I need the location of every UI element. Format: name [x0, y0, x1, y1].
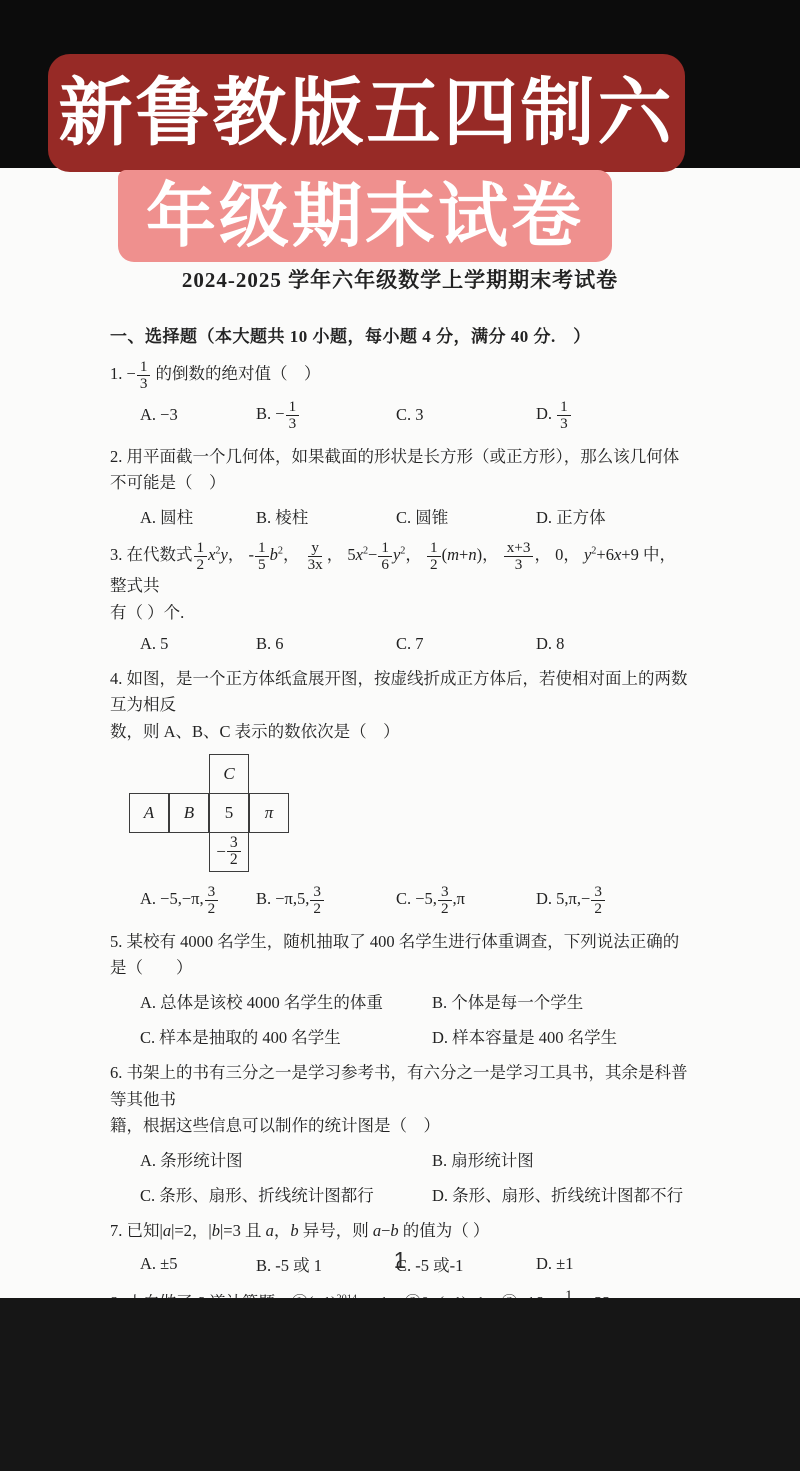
option: C. 3 — [396, 405, 536, 425]
option: A. −5,−π,32 — [140, 884, 256, 917]
question-4-options: A. −5,−π,32B. −π,5,32C. −5,32,πD. 5,π,−3… — [110, 884, 690, 917]
option: D. 样本容量是 400 名学生 — [432, 1024, 690, 1048]
question-2-stem: 2. 用平面截一个几何体，如果截面的形状是长方形（或正方形），那么该几何体不可能… — [110, 444, 690, 497]
question-5-stem: 5. 某校有 4000 名学生，随机抽取了 400 名学生进行体重调查，下列说法… — [110, 929, 690, 982]
net-cell-b: B — [169, 793, 209, 833]
option: B. 棱柱 — [256, 504, 396, 528]
exam-content: 2024-2025 学年六年级数学上学期期末考试卷 一、选择题（本大题共 10 … — [0, 168, 800, 1298]
question-2-options: A. 圆柱B. 棱柱C. 圆锥D. 正方体 — [110, 504, 690, 528]
fraction: 32 — [205, 884, 219, 917]
question-8-stem: 8. 小白做了 6 道计算题：①(−1)2014 =−1；②0−(−1)=1；③… — [110, 1288, 690, 1298]
option: B. −π,5,32 — [256, 884, 396, 917]
option: B. 个体是每一个学生 — [432, 989, 690, 1013]
question-4-stem: 4. 如图，是一个正方体纸盒展开图，按虚线折成正方体后，若使相对面上的两数互为相… — [110, 666, 690, 746]
option: A. −3 — [140, 405, 256, 425]
fraction: 13 — [137, 359, 151, 392]
fraction: x+33 — [504, 540, 534, 573]
option: A. 条形统计图 — [140, 1147, 432, 1171]
question-6-stem: 6. 书架上的书有三分之一是学习参考书，有六分之一是学习工具书，其余是科普等其他… — [110, 1060, 690, 1140]
option: B. 扇形统计图 — [432, 1147, 690, 1171]
document-title: 2024-2025 学年六年级数学上学期期末考试卷 — [110, 264, 690, 294]
fraction: 32 — [310, 884, 324, 917]
question-3-options: A. 5B. 6C. 7D. 8 — [110, 634, 690, 654]
question-3-stem: 3. 在代数式12x2y， -15b2， y3x， 5x2−16y2， 12(m… — [110, 540, 690, 626]
option: C. 样本是抽取的 400 名学生 — [140, 1024, 432, 1048]
banner-line1-text: 新鲁教版五四制六 — [59, 76, 675, 150]
question-5-options: A. 总体是该校 4000 名学生的体重B. 个体是每一个学生C. 样本是抽取的… — [110, 989, 690, 1048]
net-cell-5: 5 — [209, 793, 249, 833]
bottom-black-bar — [0, 1298, 800, 1471]
fraction: 16 — [378, 540, 392, 573]
fraction: 12 — [562, 1288, 576, 1298]
fraction: 15 — [255, 540, 269, 573]
option: D. 8 — [536, 634, 690, 654]
section-heading: 一、选择题（本大题共 10 小题，每小题 4 分，满分 40 分. ） — [110, 322, 690, 347]
question-1-options: A. −3B. −13C. 3D. 13 — [110, 399, 690, 432]
fraction: 13 — [557, 399, 571, 432]
fraction: 12 — [194, 540, 208, 573]
option: C. 7 — [396, 634, 536, 654]
question-1-stem: 1. −13 的倒数的绝对值（ ） — [110, 359, 690, 392]
fraction: 32 — [591, 884, 605, 917]
option: C. −5,32,π — [396, 884, 536, 917]
question-6-options: A. 条形统计图B. 扇形统计图C. 条形、扇形、折线统计图都行D. 条形、扇形… — [110, 1147, 690, 1206]
option: A. 5 — [140, 634, 256, 654]
option: D. 正方体 — [536, 504, 690, 528]
option: B. −13 — [256, 399, 396, 432]
page-number: 1 — [0, 1247, 800, 1274]
cube-net-diagram: C A B 5 π −32 — [118, 754, 690, 874]
fraction: 32 — [438, 884, 452, 917]
fraction: 13 — [286, 399, 300, 432]
fraction: 12 — [427, 540, 441, 573]
net-cell-pi: π — [249, 793, 289, 833]
exam-page: 2024-2025 学年六年级数学上学期期末考试卷 一、选择题（本大题共 10 … — [0, 168, 800, 1298]
title-banner-line2: 年级期末试卷 — [118, 170, 612, 262]
option: C. 圆锥 — [396, 504, 536, 528]
option: D. 5,π,−32 — [536, 884, 690, 917]
fraction: 32 — [227, 835, 241, 869]
option: D. 条形、扇形、折线统计图都不行 — [432, 1182, 690, 1206]
net-cell-c: C — [209, 754, 249, 794]
option: D. 13 — [536, 399, 690, 432]
option: B. 6 — [256, 634, 396, 654]
option: A. 圆柱 — [140, 504, 256, 528]
option: C. 条形、扇形、折线统计图都行 — [140, 1182, 432, 1206]
banner-line2-text: 年级期末试卷 — [146, 181, 584, 251]
title-banner-line1: 新鲁教版五四制六 — [48, 54, 685, 172]
net-cell-neg-three-halves: −32 — [209, 832, 249, 872]
question-7-stem: 7. 已知|a|=2，|b|=3 且 a，b 异号，则 a−b 的值为（ ） — [110, 1218, 690, 1245]
net-cell-a: A — [129, 793, 169, 833]
option: A. 总体是该校 4000 名学生的体重 — [140, 989, 432, 1013]
video-frame: 2024-2025 学年六年级数学上学期期末考试卷 一、选择题（本大题共 10 … — [0, 0, 800, 1471]
fraction: y3x — [305, 540, 326, 573]
